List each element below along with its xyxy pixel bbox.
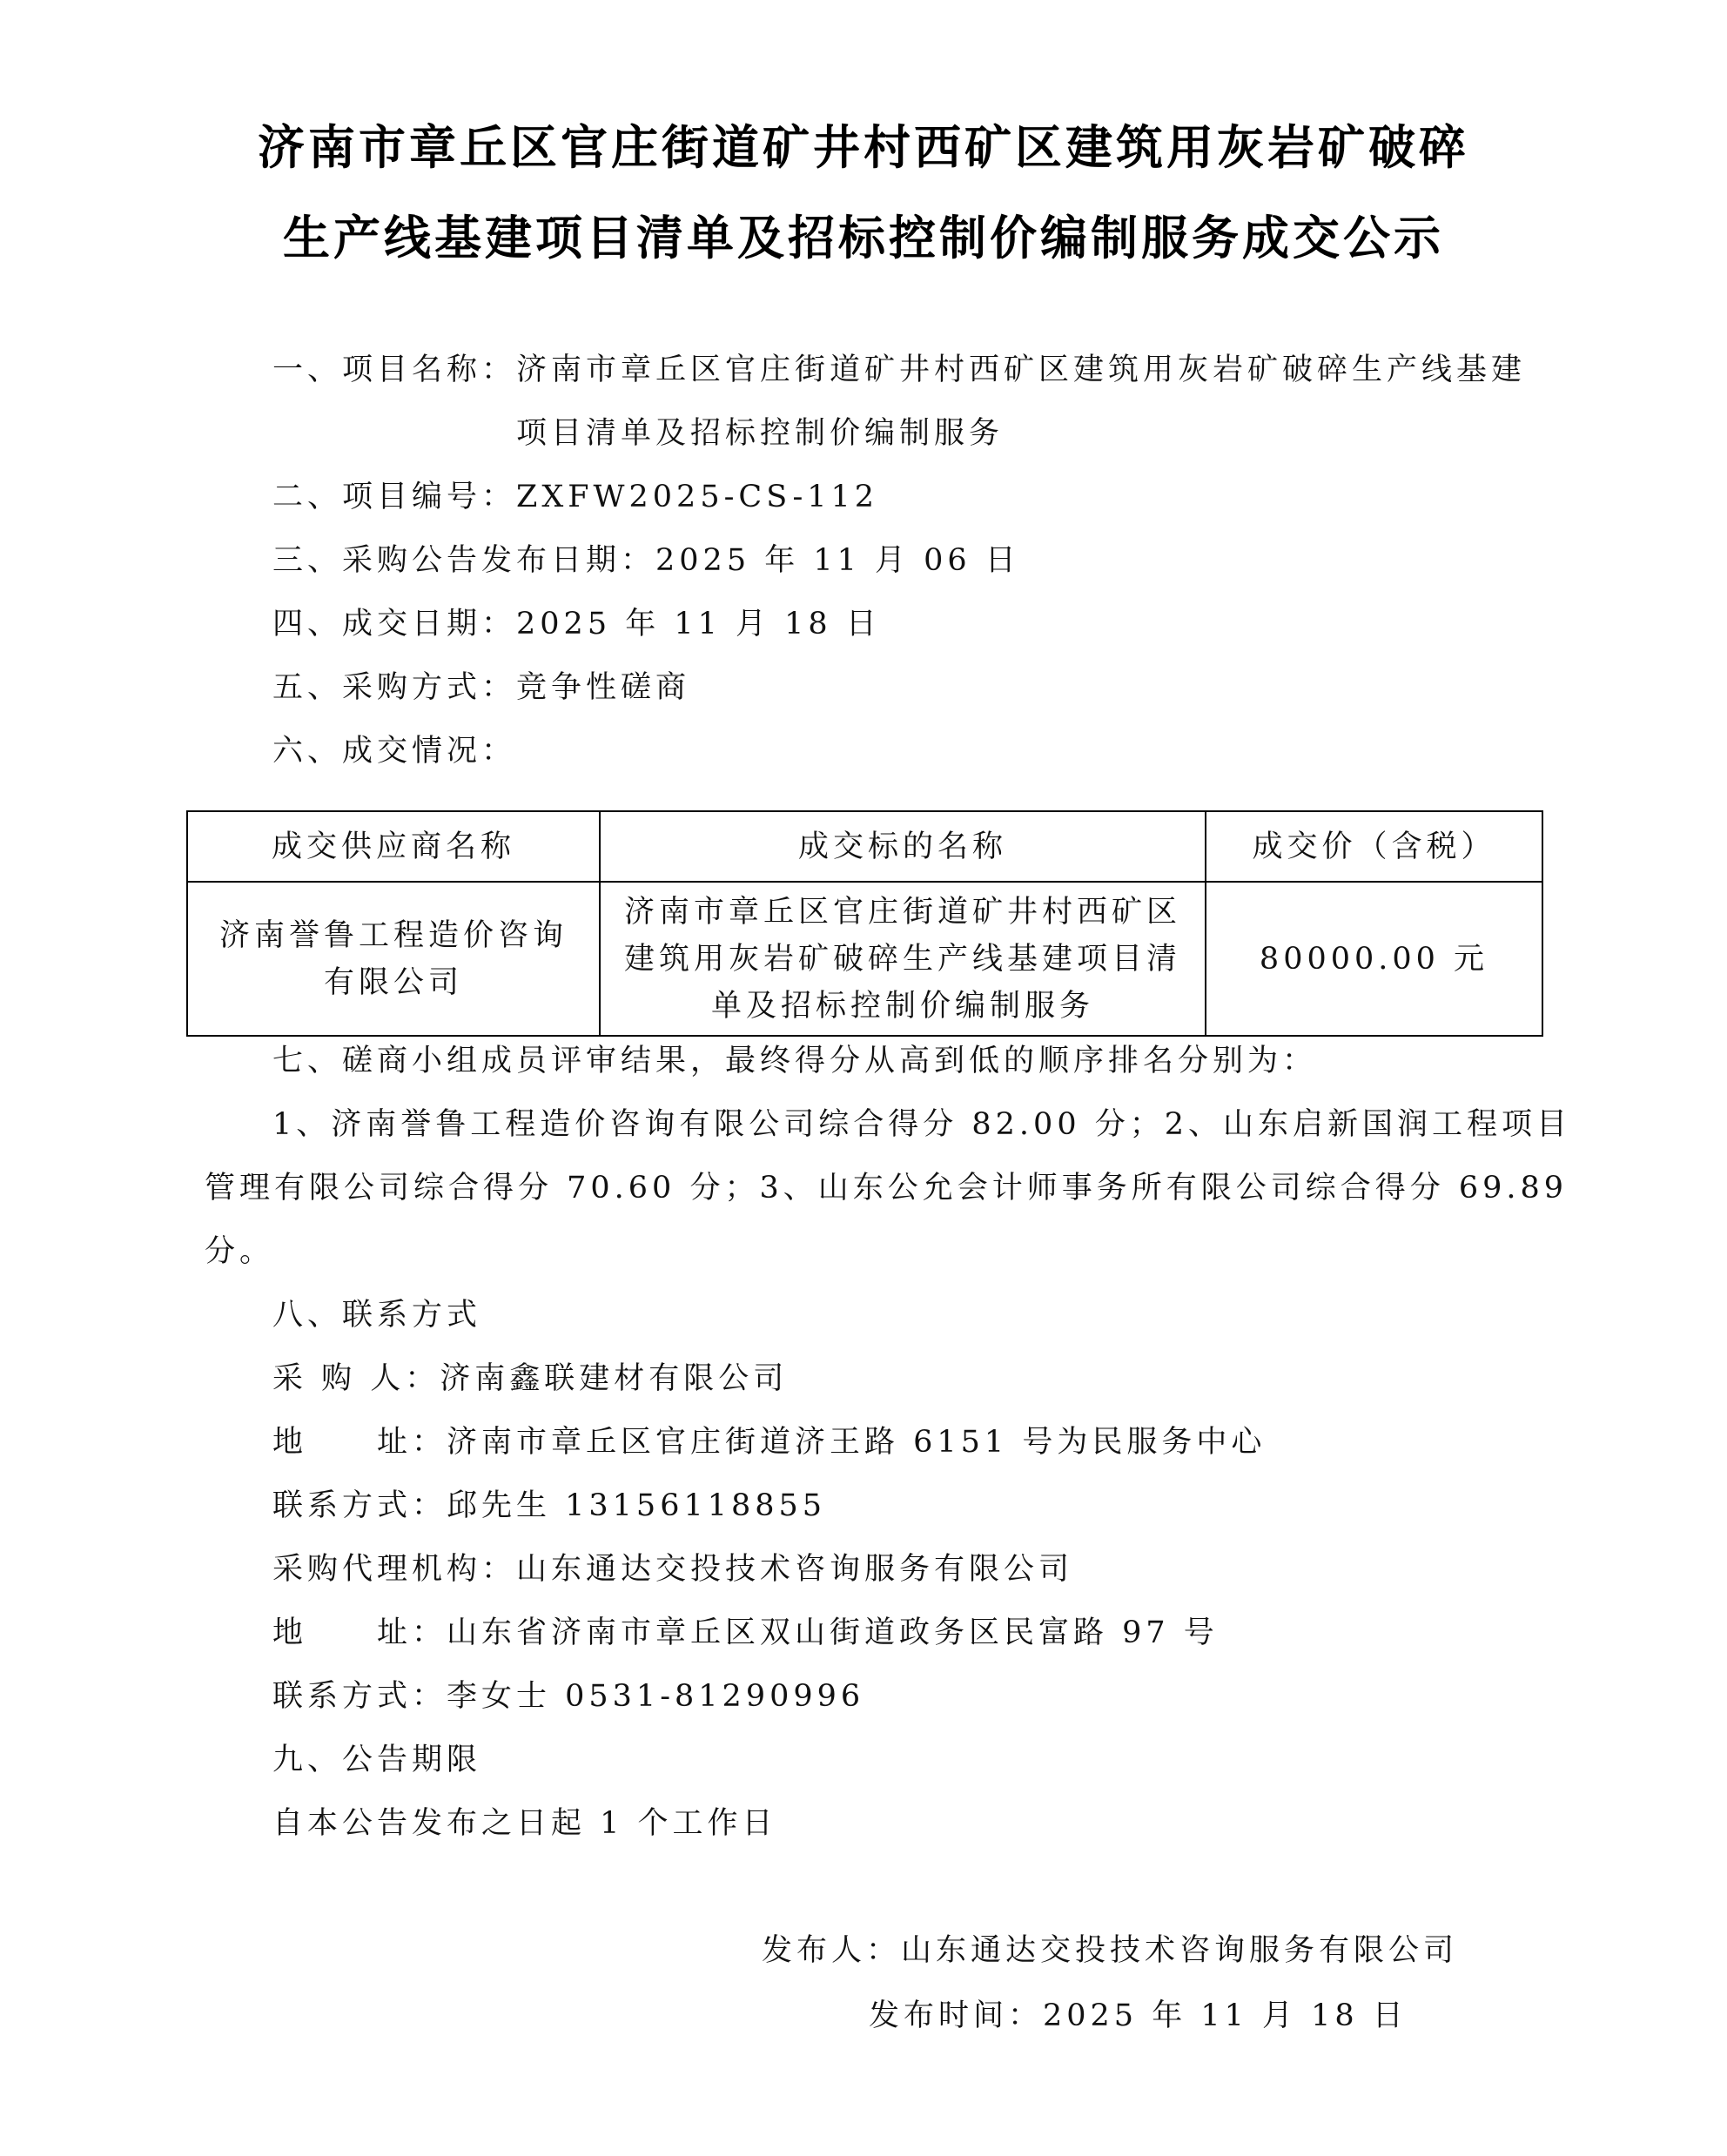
agency-address: 地 址：山东省济南市章丘区双山街道政务区民富路 97 号 [272, 1615, 1219, 1650]
header-supplier: 成交供应商名称 [187, 811, 600, 882]
subject-line-2: 建筑用灰岩矿破碎生产线基建项目清 [611, 936, 1194, 983]
deal-table-header-row: 成交供应商名称 成交标的名称 成交价（含税） [187, 811, 1542, 882]
deal-date-value: 2025 年 11 月 18 日 [516, 607, 881, 641]
review-result-line-1: 1、济南誉鲁工程造价咨询有限公司综合得分 82.00 分；2、山东启新国润工程项… [272, 1107, 1571, 1142]
subject-line-1: 济南市章丘区官庄街道矿井村西矿区 [611, 889, 1194, 936]
cell-subject: 济南市章丘区官庄街道矿井村西矿区 建筑用灰岩矿破碎生产线基建项目清 单及招标控制… [600, 882, 1206, 1036]
subject-line-3: 单及招标控制价编制服务 [611, 983, 1194, 1030]
deal-date-label: 四、成交日期： [272, 607, 516, 641]
project-number-value: ZXFW2025-CS-112 [516, 480, 878, 514]
review-result-line-3: 分。 [205, 1234, 274, 1269]
project-name-label: 一、项目名称： [272, 353, 516, 387]
header-price: 成交价（含税） [1206, 811, 1542, 882]
buyer-contact: 联系方式：邱先生 13156118855 [272, 1488, 826, 1523]
cell-supplier: 济南誉鲁工程造价咨询 有限公司 [187, 882, 600, 1036]
period-heading: 九、公告期限 [272, 1743, 481, 1777]
agency-contact: 联系方式：李女士 0531-81290996 [272, 1679, 864, 1714]
project-number-row: 二、项目编号：ZXFW2025-CS-112 [272, 480, 878, 514]
review-result-line-2: 管理有限公司综合得分 70.60 分；3、山东公允会计师事务所有限公司综合得分 … [205, 1171, 1568, 1206]
cell-price: 80000.00 元 [1206, 882, 1542, 1036]
header-subject: 成交标的名称 [600, 811, 1206, 882]
document-title-line-2: 生产线基建项目清单及招标控制价编制服务成交公示 [0, 212, 1727, 265]
document-title-line-1: 济南市章丘区官庄街道矿井村西矿区建筑用灰岩矿破碎 [0, 122, 1727, 174]
table-row: 济南誉鲁工程造价咨询 有限公司 济南市章丘区官庄街道矿井村西矿区 建筑用灰岩矿破… [187, 882, 1542, 1036]
contact-heading: 八、联系方式 [272, 1298, 481, 1333]
procurement-method-row: 五、采购方式：竞争性磋商 [272, 670, 690, 705]
supplier-line-1: 济南誉鲁工程造价咨询 [198, 912, 588, 959]
deal-table: 成交供应商名称 成交标的名称 成交价（含税） 济南誉鲁工程造价咨询 有限公司 济… [186, 810, 1543, 1037]
publisher: 发布人：山东通达交投技术咨询服务有限公司 [762, 1933, 1458, 1968]
agency-name: 采购代理机构：山东通达交投技术咨询服务有限公司 [272, 1552, 1073, 1587]
deal-info-heading: 六、成交情况： [272, 734, 516, 769]
buyer-address: 地 址：济南市章丘区官庄街道济王路 6151 号为民服务中心 [272, 1425, 1266, 1460]
publish-time: 发布时间：2025 年 11 月 18 日 [869, 1998, 1408, 2033]
review-heading: 七、磋商小组成员评审结果，最终得分从高到低的顺序排名分别为： [272, 1044, 1317, 1078]
deal-date-row: 四、成交日期：2025 年 11 月 18 日 [272, 607, 881, 641]
buyer-name: 采 购 人：济南鑫联建材有限公司 [272, 1361, 788, 1396]
project-name-row: 一、项目名称：济南市章丘区官庄街道矿井村西矿区建筑用灰岩矿破碎生产线基建 [272, 353, 1526, 387]
project-name-value: 济南市章丘区官庄街道矿井村西矿区建筑用灰岩矿破碎生产线基建 [516, 353, 1526, 387]
announce-date-row: 三、采购公告发布日期：2025 年 11 月 06 日 [272, 543, 1020, 578]
procurement-method-value: 竞争性磋商 [516, 670, 690, 705]
supplier-line-2: 有限公司 [198, 959, 588, 1006]
period-value: 自本公告发布之日起 1 个工作日 [272, 1806, 777, 1841]
project-name-value-continued: 项目清单及招标控制价编制服务 [516, 416, 1004, 451]
procurement-method-label: 五、采购方式： [272, 670, 516, 705]
announce-date-value: 2025 年 11 月 06 日 [655, 543, 1020, 578]
project-number-label: 二、项目编号： [272, 480, 516, 514]
announce-date-label: 三、采购公告发布日期： [272, 543, 655, 578]
